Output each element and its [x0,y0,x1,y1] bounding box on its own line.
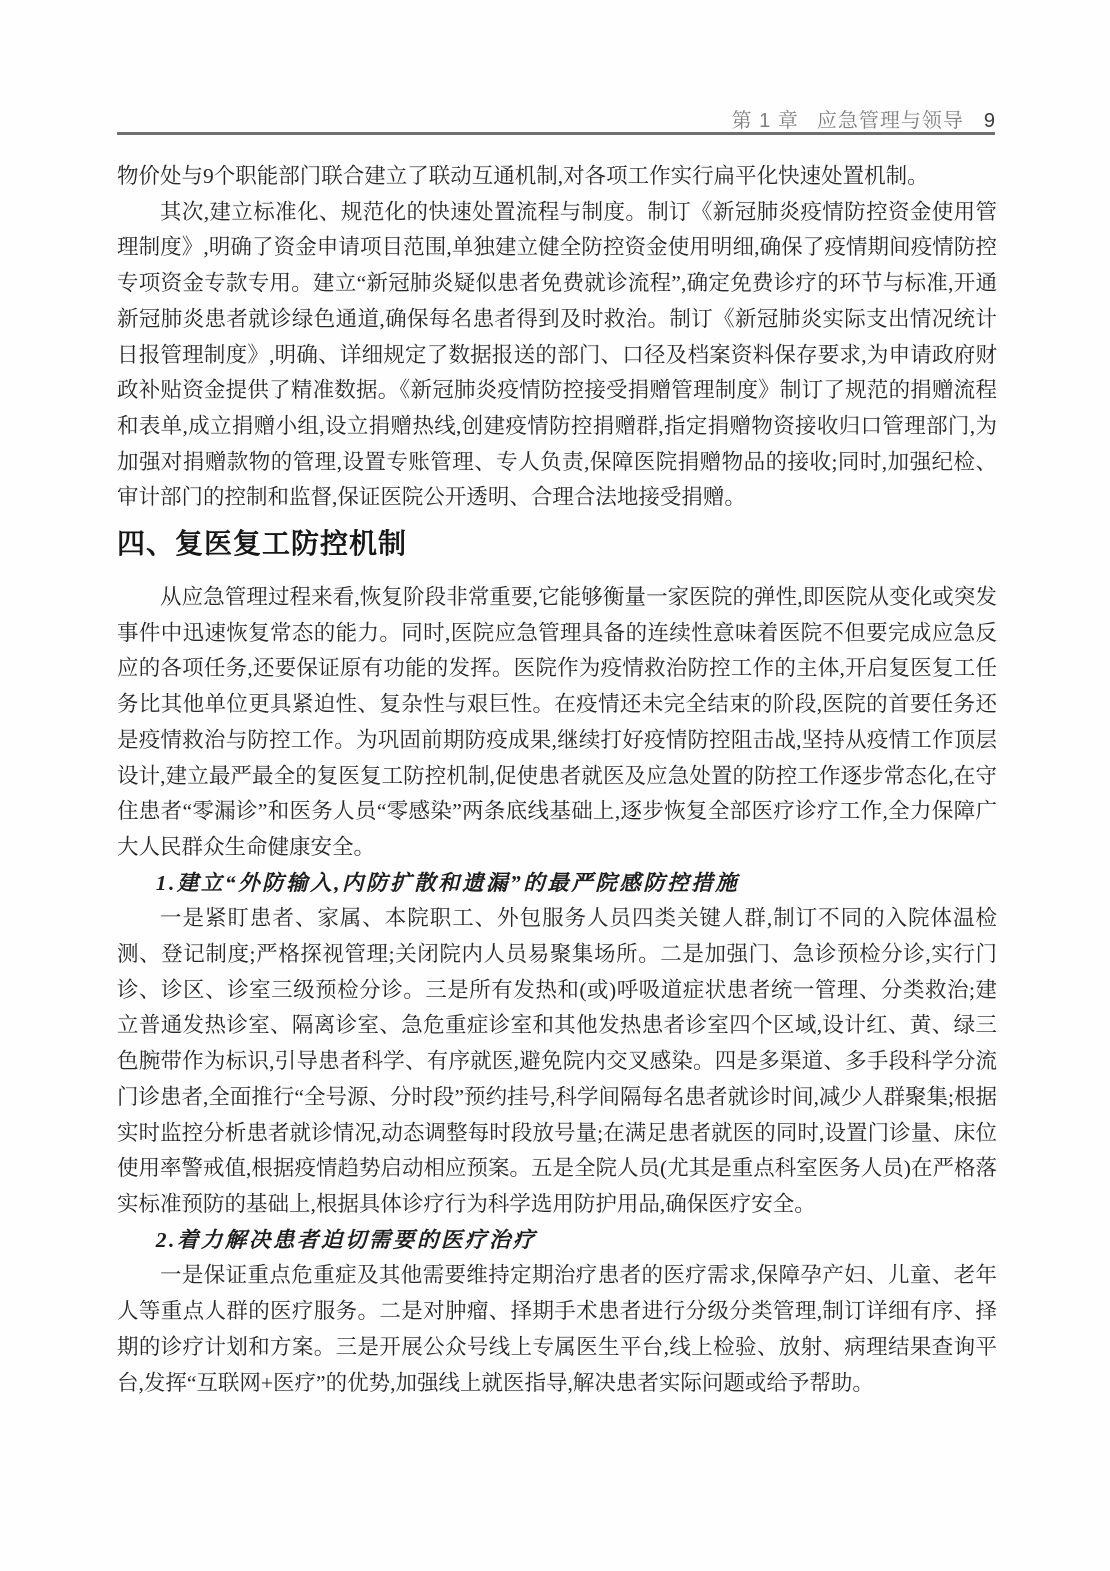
header-rule [117,132,995,135]
paragraph-standardized-process: 其次,建立标准化、规范化的快速处置流程与制度。制订《新冠肺炎疫情防控资金使用管理… [117,195,997,516]
paragraph-infection-control-measures: 一是紧盯患者、家属、本院职工、外包服务人员四类关键人群,制订不同的入院体温检测、… [117,901,997,1222]
section-heading-resume-work-mechanism: 四、复医复工防控机制 [117,528,997,560]
subheading-urgent-medical-needs: 2.着力解决患者迫切需要的医疗治疗 [117,1223,997,1259]
running-head-title: 应急管理与领导 [817,104,964,133]
running-head: 第 1 章 应急管理与领导 9 [117,104,995,133]
paragraph-medical-treatment-measures: 一是保证重点危重症及其他需要维持定期治疗患者的医疗需求,保障孕产妇、儿童、老年人… [117,1258,997,1401]
paragraph-linkage-mechanism: 物价处与9个职能部门联合建立了联动互通机制,对各项工作实行扁平化快速处置机制。 [117,159,997,195]
paragraph-recovery-overview: 从应急管理过程来看,恢复阶段非常重要,它能够衡量一家医院的弹性,即医院从变化或突… [117,580,997,866]
chapter-label: 第 1 章 [732,104,799,133]
page-number: 9 [984,110,995,133]
book-page: 第 1 章 应急管理与领导 9 物价处与9个职能部门联合建立了联动互通机制,对各… [0,0,1110,1571]
page-body: 物价处与9个职能部门联合建立了联动互通机制,对各项工作实行扁平化快速处置机制。 … [117,159,997,1401]
subheading-infection-prevention: 1.建立“外防输入,内防扩散和遗漏”的最严院感防控措施 [117,866,997,902]
